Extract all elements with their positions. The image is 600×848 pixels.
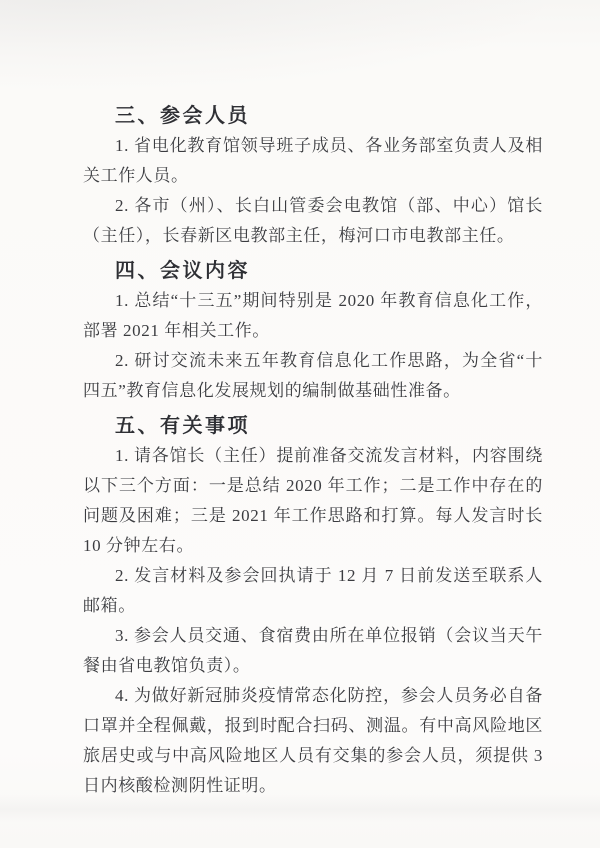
section-heading-related-matters: 五、有关事项 (83, 411, 543, 441)
paragraph-content-2: 2. 研讨交流未来五年教育信息化工作思路，为全省“十四五”教育信息化发展规划的编… (83, 346, 543, 406)
section-heading-meeting-content: 四、会议内容 (83, 256, 543, 286)
section-attendees: 三、参会人员 1. 省电化教育馆领导班子成员、各业务部室负责人及相关工作人员。 … (83, 101, 543, 251)
paragraph-content-1: 1. 总结“十三五”期间特别是 2020 年教育信息化工作，部署 2021 年相… (83, 286, 543, 346)
section-meeting-content: 四、会议内容 1. 总结“十三五”期间特别是 2020 年教育信息化工作，部署 … (83, 256, 543, 406)
scanned-document-page: 三、参会人员 1. 省电化教育馆领导班子成员、各业务部室负责人及相关工作人员。 … (0, 0, 600, 848)
paragraph-attendees-1: 1. 省电化教育馆领导班子成员、各业务部室负责人及相关工作人员。 (83, 131, 543, 191)
paragraph-matters-4: 4. 为做好新冠肺炎疫情常态化防控，参会人员务必自备口罩并全程佩戴，报到时配合扫… (83, 681, 543, 801)
section-related-matters: 五、有关事项 1. 请各馆长（主任）提前准备交流发言材料，内容围绕以下三个方面：… (83, 411, 543, 801)
paragraph-attendees-2: 2. 各市（州）、长白山管委会电教馆（部、中心）馆长（主任），长春新区电教部主任… (83, 191, 543, 251)
paragraph-matters-2: 2. 发言材料及参会回执请于 12 月 7 日前发送至联系人邮箱。 (83, 561, 543, 621)
scan-artifact-top-shade (0, 0, 600, 100)
paragraph-matters-3: 3. 参会人员交通、食宿费由所在单位报销（会议当天午餐由省电教馆负责）。 (83, 621, 543, 681)
section-heading-attendees: 三、参会人员 (83, 101, 543, 131)
document-body: 三、参会人员 1. 省电化教育馆领导班子成员、各业务部室负责人及相关工作人员。 … (83, 101, 543, 801)
paragraph-matters-1: 1. 请各馆长（主任）提前准备交流发言材料，内容围绕以下三个方面：一是总结 20… (83, 441, 543, 561)
